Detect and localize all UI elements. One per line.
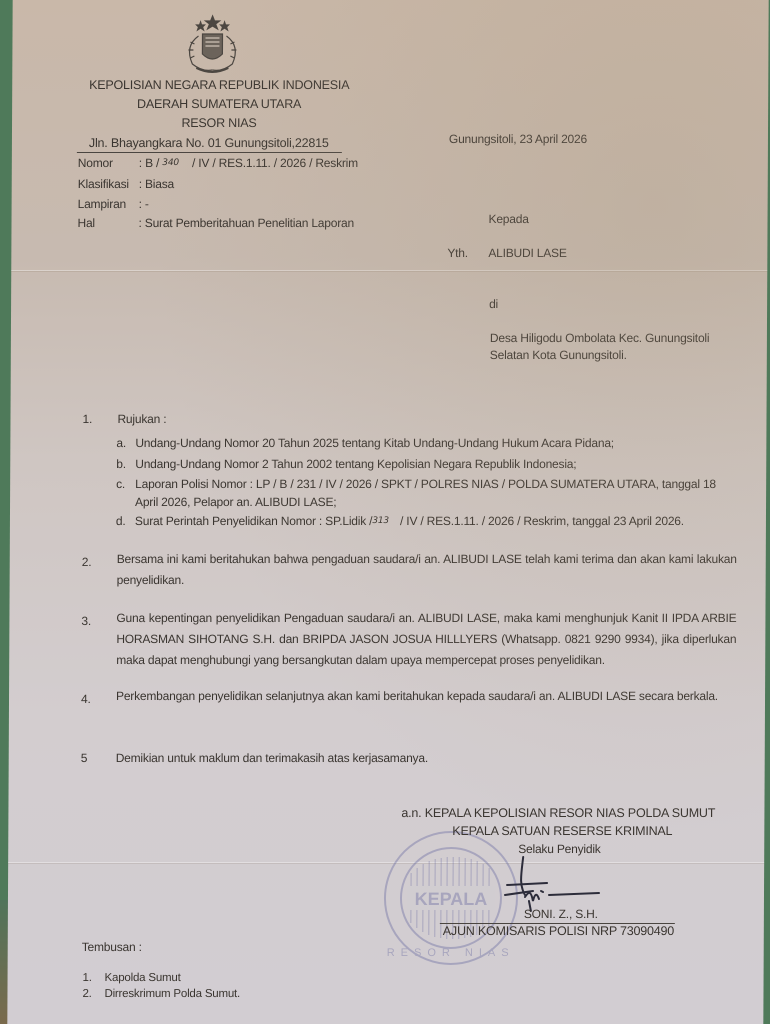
nomor-suffix: / IV / RES.1.11. / 2026 / Reskrim <box>192 156 358 170</box>
signature-line2: KEPALA SATUAN RESERSE KRIMINAL <box>452 824 672 838</box>
paragraph-1-number: 1. <box>82 412 92 426</box>
reference-d-handwritten: 313 <box>372 516 389 526</box>
lampiran-value: : - <box>139 197 149 211</box>
stamp-bottom-text: RESOR NIAS <box>387 947 515 959</box>
paper-fold-line <box>11 270 767 271</box>
reference-b-letter: b. <box>116 457 126 471</box>
police-emblem-icon <box>172 14 252 76</box>
recipient-address-line2: Selatan Kota Gunungsitoli. <box>490 348 627 362</box>
hal-label: Hal <box>77 216 94 230</box>
official-stamp-icon: KEPALA RESOR NIAS <box>381 828 522 968</box>
paragraph-5-number: 5 <box>81 751 88 765</box>
klasifikasi-label: Klasifikasi <box>78 177 129 191</box>
paragraph-1-title: Rujukan : <box>117 412 166 426</box>
tembusan-item-2-text: Dirreskrimum Polda Sumut. <box>104 988 240 1000</box>
signatory-name: SONI. Z., S.H. <box>524 907 598 921</box>
reference-d-prefix: Surat Perintah Penyelidikan Nomor : SP.L… <box>135 514 372 528</box>
tembusan-item-1-number: 1. <box>83 972 92 984</box>
letterhead-line2: DAERAH SUMATERA UTARA <box>74 97 364 111</box>
paragraph-3-number: 3. <box>81 614 91 628</box>
recipient-di: di <box>489 297 498 311</box>
reference-d-text: Surat Perintah Penyelidikan Nomor : SP.L… <box>135 514 684 528</box>
reference-a-text: Undang-Undang Nomor 20 Tahun 2025 tentan… <box>135 436 614 450</box>
signatory-rank: AJUN KOMISARIS POLISI NRP 73090490 <box>443 924 674 938</box>
lampiran-label: Lampiran <box>78 197 127 211</box>
letterhead-line3: RESOR NIAS <box>74 116 364 130</box>
letterhead-underline <box>77 152 342 153</box>
paragraph-4-number: 4. <box>81 692 91 706</box>
recipient-kepada: Kepada <box>488 212 528 226</box>
reference-d-suffix: / IV / RES.1.11. / 2026 / Reskrim, tangg… <box>400 514 684 528</box>
reference-a-letter: a. <box>116 436 126 450</box>
recipient-yth: Yth. <box>447 246 468 260</box>
place-date: Gunungsitoli, 23 April 2026 <box>449 132 587 146</box>
tembusan-item-2-number: 2. <box>82 988 91 1000</box>
paragraph-5-text: Demikian untuk maklum dan terimakasih at… <box>116 751 428 765</box>
nomor-label: Nomor <box>78 156 113 170</box>
stamp-center-text: KEPALA <box>415 889 488 909</box>
hal-value: : Surat Pemberitahuan Penelitian Laporan <box>138 216 354 230</box>
tembusan-title: Tembusan : <box>82 940 142 954</box>
letterhead-line1: KEPOLISIAN NEGARA REPUBLIK INDONESIA <box>74 78 364 92</box>
letter-document: KEPOLISIAN NEGARA REPUBLIK INDONESIA DAE… <box>7 0 768 1024</box>
paragraph-3-text: Guna kepentingan penyelidikan Pengaduan … <box>116 608 736 671</box>
klasifikasi-value: : Biasa <box>139 177 174 191</box>
reference-c-letter: c. <box>116 477 125 491</box>
nomor-prefix: : B / <box>139 156 159 170</box>
signature-line1: a.n. KEPALA KEPOLISIAN RESOR NIAS POLDA … <box>401 806 715 820</box>
signature-line3: Selaku Penyidik <box>518 842 600 856</box>
reference-c-text: Laporan Polisi Nomor : LP / B / 231 / IV… <box>135 477 716 491</box>
paragraph-2-text: Bersama ini kami beritahukan bahwa penga… <box>117 549 737 591</box>
paragraph-4-text: Perkembangan penyelidikan selanjutnya ak… <box>116 686 736 707</box>
letterhead-address: Jln. Bhayangkara No. 01 Gunungsitoli,228… <box>89 136 329 150</box>
reference-c-text-continued: April 2026, Pelapor an. ALIBUDI LASE; <box>135 495 336 509</box>
nomor-value: : B / 340 / IV / RES.1.11. / 2026 / Resk… <box>139 156 358 170</box>
recipient-address-line1: Desa Hiligodu Ombolata Kec. Gunungsitoli <box>490 331 710 345</box>
paragraph-2-number: 2. <box>82 555 92 569</box>
handwritten-signature-icon <box>503 855 613 915</box>
tembusan-item-1-text: Kapolda Sumut <box>105 972 181 984</box>
reference-b-text: Undang-Undang Nomor 2 Tahun 2002 tentang… <box>135 457 576 471</box>
reference-d-letter: d. <box>116 514 126 528</box>
recipient-name: ALIBUDI LASE <box>488 246 566 260</box>
nomor-handwritten: 340 <box>162 158 179 168</box>
